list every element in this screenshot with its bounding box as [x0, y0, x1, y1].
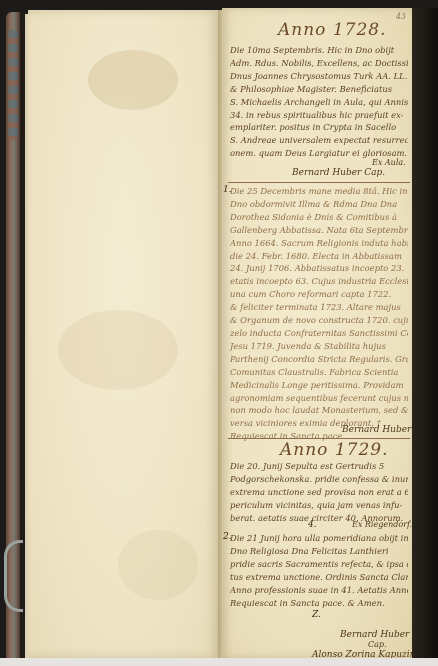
spine-marbling: [8, 30, 18, 140]
entry-line: Die 10ma Septembris. Hic in Dno obijt: [230, 44, 408, 57]
entry-line: Comunitas Claustralis. Fabrica Scientia: [230, 366, 408, 379]
entry-line: Podgorschekonska. pridie confessa & inun…: [230, 473, 408, 486]
signature: Cap.: [368, 640, 387, 649]
entry-line: extrema unctione sed provisa non erat a …: [230, 486, 408, 499]
entry-line: Die 20. Junij Sepulta est Gertrudis 5: [230, 460, 408, 473]
entry-line: non modo hoc laudat Monasterium, sed & u…: [230, 404, 408, 417]
entry-line: 24. Junij 1706. Abbatissatus incoepto 23…: [230, 262, 408, 275]
entry-line: & Philosophiae Magister. Beneficiatus: [230, 83, 408, 96]
entry-1728-turk: Die 10ma Septembris. Hic in Dno obijt Ad…: [230, 44, 408, 160]
right-page-shadow: [412, 8, 438, 658]
signature: Alonso Zorina Kapuzir.: [312, 650, 416, 658]
entry-line: pridie sacris Sacramentis refecta, & ips…: [230, 558, 408, 571]
entry-line: Die 21 Junij hora ulla pomeridiana obijt…: [230, 532, 408, 545]
entry-line: Dno obdormivit Illma & Rdma Dna Dna: [230, 198, 408, 211]
entry-line: Gallenberg Abbatissa. Nata 6ta Septembri…: [230, 224, 408, 237]
right-written-page: 43 Anno 1728. Die 10ma Septembris. Hic i…: [222, 8, 412, 658]
entry-1729-podgorschek: Die 20. Junij Sepulta est Gertrudis 5 Po…: [230, 460, 408, 525]
entry-line: emplariter. positus in Crypta in Sacello: [230, 121, 408, 134]
entry-marker: 4.: [308, 520, 317, 530]
entry-line: Die 25 Decembris mane media 8tâ. Hic in: [230, 185, 408, 198]
entry-line: Parthenij Concordia Stricta Regularis. G…: [230, 353, 408, 366]
entry-line: zelo inducta Confraternitas Sanctissimi …: [230, 327, 408, 340]
entry-line: etatis incoepto 63. Cujus industria Eccl…: [230, 275, 408, 288]
year-heading-1728: Anno 1728.: [278, 20, 386, 40]
left-blank-page: [28, 10, 220, 658]
entry-1729-lanthieri: Die 21 Junij hora ulla pomeridiana obijt…: [230, 532, 408, 609]
entry-line: S. Andreae universalem expectat resurrec…: [230, 134, 408, 147]
entry-line: Dorothea Sidonia è Dnis & Comitibus à: [230, 211, 408, 224]
entry-line: S. Michaelis Archangeli in Aula, qui Ann…: [230, 96, 408, 109]
paper-stain: [118, 530, 198, 600]
entry-divider: [228, 182, 410, 183]
entry-line: Jesu 1719. Juvenda & Stabilita hujus: [230, 340, 408, 353]
signature: Bernard Huber Cap.: [292, 168, 385, 178]
entry-divider: [228, 438, 410, 439]
entry-line: die 24. Febr. 1680. Electa in Abbatissam: [230, 250, 408, 263]
entry-line: Dnus Joannes Chrysostomus Turk AA. LL.: [230, 70, 408, 83]
entry-line: una cum Choro reformari capta 1722.: [230, 288, 408, 301]
entry-note: Ex Riegendorf.: [352, 520, 412, 529]
entry-note: Ex Aula.: [372, 158, 406, 167]
entry-line: 34. in rebus spiritualibus hic praefuit …: [230, 109, 408, 122]
entry-line: & Organum de novo constructa 1720. cujus: [230, 314, 408, 327]
entry-line: periculum vicinitas, quia jam venas infu…: [230, 499, 408, 512]
entry-line: Anno professionis suae in 41. Aetatis An…: [230, 584, 408, 597]
year-heading-1729: Anno 1729.: [280, 440, 388, 460]
entry-1728-gallenberg: Die 25 Decembris mane media 8tâ. Hic in …: [230, 185, 408, 443]
signature: Bernard Huber: [340, 630, 409, 640]
binding-string: [4, 540, 23, 612]
entry-line: tus extrema unctione. Ordinis Sancta Cla…: [230, 571, 408, 584]
bottom-window-strip: [0, 658, 438, 666]
entry-line: Medicinalis Longe peritissima. Providam: [230, 379, 408, 392]
entry-line: Requiescat in Sancta pace. & Amen.: [230, 597, 408, 610]
entry-marker: Z.: [312, 610, 321, 620]
page-number: 43: [396, 12, 406, 21]
entry-line: Dno Religiosa Dna Felicitas Lanthieri: [230, 545, 408, 558]
entry-line: Anno 1664. Sacrum Religionis induta habi…: [230, 237, 408, 250]
entry-line: & feliciter terminata 1723. Altare majus: [230, 301, 408, 314]
entry-line: agronomiam sequentibus fecerunt cujus mo…: [230, 392, 408, 405]
entry-line: Adm. Rdus. Nobilis, Excellens, ac Doctis…: [230, 57, 408, 70]
paper-stain: [88, 50, 178, 110]
paper-stain: [58, 310, 178, 390]
manuscript-scan: 43 Anno 1728. Die 10ma Septembris. Hic i…: [0, 0, 438, 658]
